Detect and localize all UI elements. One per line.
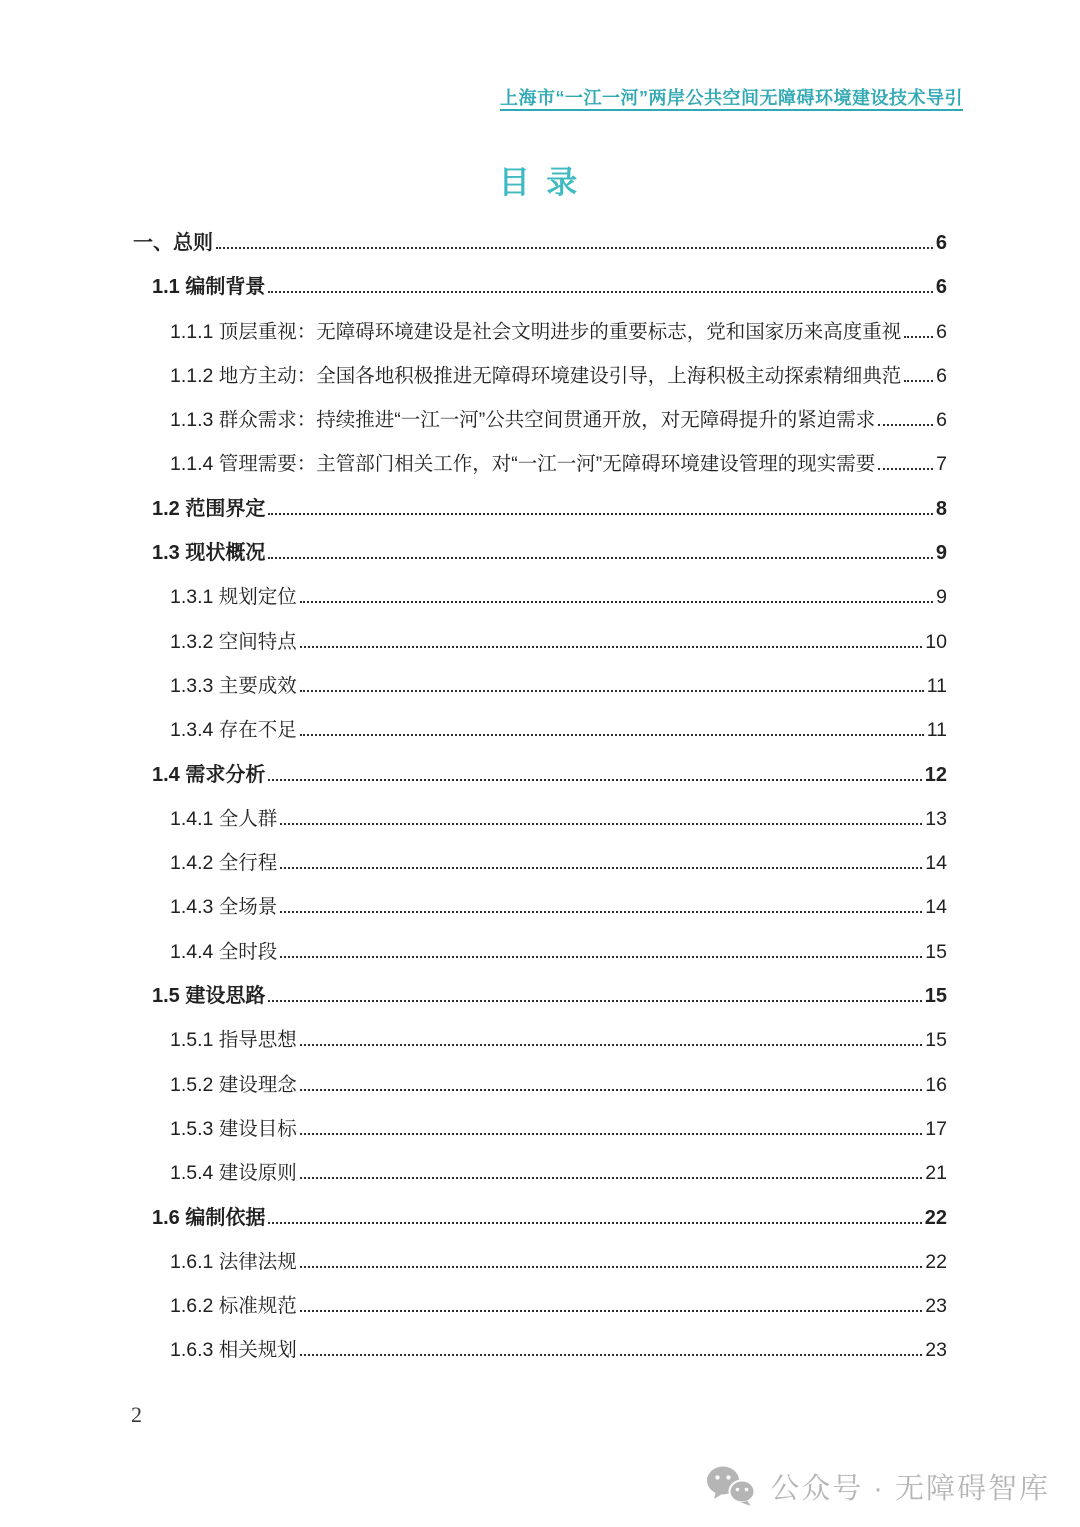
toc-entry-label: 1.4.4 全时段: [170, 939, 277, 965]
toc-entry-label: 1.6 编制依据: [152, 1205, 265, 1231]
toc-dot-leader: [268, 777, 921, 781]
toc-dot-leader: [300, 644, 923, 648]
toc-dot-leader: [904, 334, 933, 338]
toc-entry[interactable]: 1.3.3 主要成效 11: [170, 673, 947, 699]
table-of-contents: 一、总则 6 1.1 编制背景 6 1.1.1 顶层重视：无障碍环境建设是社会文…: [133, 230, 947, 1363]
toc-entry[interactable]: 1.5.1 指导思想 15: [170, 1027, 947, 1053]
toc-dot-leader: [280, 954, 922, 958]
toc-dot-leader: [878, 466, 933, 470]
toc-entry-label: 1.4 需求分析: [152, 762, 265, 788]
page-title: 目 录: [0, 165, 1080, 201]
toc-entry-label: 1.5 建设思路: [152, 983, 265, 1009]
toc-dot-leader: [268, 511, 933, 515]
toc-entry[interactable]: 1.1.4 管理需要：主管部门相关工作，对“一江一河”无障碍环境建设管理的现实需…: [170, 451, 947, 477]
toc-dot-leader: [300, 1352, 923, 1356]
toc-page-number: 14: [925, 894, 947, 920]
toc-entry[interactable]: 1.1.3 群众需求：持续推进“一江一河”公共空间贯通开放，对无障碍提升的紧迫需…: [170, 407, 947, 433]
toc-page-number: 15: [925, 983, 947, 1009]
toc-entry-label: 1.4.3 全场景: [170, 894, 277, 920]
toc-page-number: 22: [925, 1249, 947, 1275]
toc-entry-label: 1.5.4 建设原则: [170, 1160, 297, 1186]
toc-entry-label: 1.4.2 全行程: [170, 850, 277, 876]
toc-dot-leader: [280, 821, 922, 825]
toc-page-number: 17: [925, 1116, 947, 1142]
toc-entry[interactable]: 1.5.4 建设原则 21: [170, 1160, 947, 1186]
toc-entry-label: 1.1.2 地方主动：全国各地积极推进无障碍环境建设引导，上海积极主动探索精细典…: [170, 363, 901, 389]
wechat-icon: [706, 1465, 756, 1507]
toc-entry[interactable]: 1.6.1 法律法规 22: [170, 1249, 947, 1275]
toc-page-number: 8: [936, 496, 947, 522]
toc-entry-label: 1.6.2 标准规范: [170, 1293, 297, 1319]
toc-page-number: 11: [927, 673, 947, 699]
toc-page-number: 22: [925, 1205, 947, 1231]
toc-entry[interactable]: 1.3.1 规划定位 9: [170, 584, 947, 610]
toc-entry[interactable]: 1.3.4 存在不足 11: [170, 717, 947, 743]
toc-dot-leader: [280, 865, 922, 869]
toc-entry[interactable]: 1.5 建设思路 15: [152, 983, 947, 1009]
toc-dot-leader: [300, 688, 924, 692]
toc-entry[interactable]: 1.3.2 空间特点 10: [170, 629, 947, 655]
toc-entry-label: 1.4.1 全人群: [170, 806, 277, 832]
toc-entry[interactable]: 1.6 编制依据 22: [152, 1205, 947, 1231]
toc-entry[interactable]: 1.1.1 顶层重视：无障碍环境建设是社会文明进步的重要标志，党和国家历来高度重…: [170, 319, 947, 345]
toc-entry[interactable]: 1.5.2 建设理念 16: [170, 1072, 947, 1098]
toc-dot-leader: [300, 599, 933, 603]
toc-entry-label: 1.3.3 主要成效: [170, 673, 297, 699]
toc-entry-label: 1.6.1 法律法规: [170, 1249, 297, 1275]
toc-dot-leader: [904, 378, 933, 382]
toc-entry-label: 1.5.2 建设理念: [170, 1072, 297, 1098]
toc-entry[interactable]: 1.6.2 标准规范 23: [170, 1293, 947, 1319]
toc-dot-leader: [300, 1087, 923, 1091]
toc-entry[interactable]: 1.3 现状概况 9: [152, 540, 947, 566]
toc-dot-leader: [300, 1042, 923, 1046]
toc-page-number: 10: [925, 629, 947, 655]
toc-entry[interactable]: 1.4.4 全时段 15: [170, 939, 947, 965]
toc-page-number: 15: [925, 1027, 947, 1053]
toc-dot-leader: [878, 422, 933, 426]
toc-entry[interactable]: 1.1 编制背景 6: [152, 274, 947, 300]
toc-dot-leader: [268, 555, 933, 559]
toc-page-number: 15: [925, 939, 947, 965]
toc-page-number: 16: [925, 1072, 947, 1098]
toc-entry[interactable]: 1.5.3 建设目标 17: [170, 1116, 947, 1142]
toc-page-number: 7: [936, 451, 947, 477]
toc-entry-label: 1.3.1 规划定位: [170, 584, 297, 610]
toc-entry[interactable]: 1.6.3 相关规划 23: [170, 1337, 947, 1363]
toc-dot-leader: [300, 1308, 923, 1312]
toc-entry[interactable]: 1.1.2 地方主动：全国各地积极推进无障碍环境建设引导，上海积极主动探索精细典…: [170, 363, 947, 389]
toc-page-number: 12: [925, 762, 947, 788]
toc-entry-label: 1.3.2 空间特点: [170, 629, 297, 655]
toc-entry-label: 1.5.1 指导思想: [170, 1027, 297, 1053]
toc-entry[interactable]: 1.2 范围界定 8: [152, 496, 947, 522]
toc-dot-leader: [300, 1264, 923, 1268]
toc-dot-leader: [216, 245, 933, 249]
toc-page-number: 6: [936, 230, 947, 256]
watermark-text: 公众号 · 无障碍智库: [770, 1466, 1050, 1507]
toc-dot-leader: [300, 732, 924, 736]
toc-entry[interactable]: 1.4.2 全行程 14: [170, 850, 947, 876]
toc-entry[interactable]: 一、总则 6: [133, 230, 947, 256]
toc-entry[interactable]: 1.4.3 全场景 14: [170, 894, 947, 920]
toc-page-number: 13: [925, 806, 947, 832]
toc-dot-leader: [268, 289, 933, 293]
toc-page-number: 6: [936, 319, 947, 345]
header: 上海市“一江一河”两岸公共空间无障碍环境建设技术导引: [0, 0, 1080, 110]
toc-entry[interactable]: 1.4 需求分析 12: [152, 762, 947, 788]
document-title: 上海市“一江一河”两岸公共空间无障碍环境建设技术导引: [500, 88, 963, 108]
toc-page-number: 23: [925, 1293, 947, 1319]
toc-entry-label: 1.6.3 相关规划: [170, 1337, 297, 1363]
toc-dot-leader: [268, 998, 921, 1002]
toc-entry[interactable]: 1.4.1 全人群 13: [170, 806, 947, 832]
toc-entry-label: 1.3.4 存在不足: [170, 717, 297, 743]
toc-page-number: 6: [936, 274, 947, 300]
toc-dot-leader: [300, 1175, 923, 1179]
toc-entry-label: 1.2 范围界定: [152, 496, 265, 522]
toc-entry-label: 1.1.3 群众需求：持续推进“一江一河”公共空间贯通开放，对无障碍提升的紧迫需…: [170, 407, 875, 433]
toc-dot-leader: [280, 909, 922, 913]
toc-dot-leader: [300, 1131, 923, 1135]
toc-page-number: 21: [925, 1160, 947, 1186]
toc-entry-label: 1.1.4 管理需要：主管部门相关工作，对“一江一河”无障碍环境建设管理的现实需…: [170, 451, 875, 477]
toc-page-number: 6: [936, 363, 947, 389]
toc-entry-label: 1.1.1 顶层重视：无障碍环境建设是社会文明进步的重要标志，党和国家历来高度重…: [170, 319, 901, 345]
toc-entry-label: 1.3 现状概况: [152, 540, 265, 566]
watermark: 公众号 · 无障碍智库: [706, 1465, 1050, 1507]
toc-page-number: 9: [936, 584, 947, 610]
toc-page-number: 11: [927, 717, 947, 743]
toc-page-number: 9: [936, 540, 947, 566]
toc-dot-leader: [268, 1220, 921, 1224]
page-number: 2: [131, 1402, 142, 1428]
toc-page-number: 14: [925, 850, 947, 876]
toc-page-number: 23: [925, 1337, 947, 1363]
toc-entry-label: 1.5.3 建设目标: [170, 1116, 297, 1142]
toc-page-number: 6: [936, 407, 947, 433]
toc-entry-label: 一、总则: [133, 230, 213, 256]
toc-entry-label: 1.1 编制背景: [152, 274, 265, 300]
